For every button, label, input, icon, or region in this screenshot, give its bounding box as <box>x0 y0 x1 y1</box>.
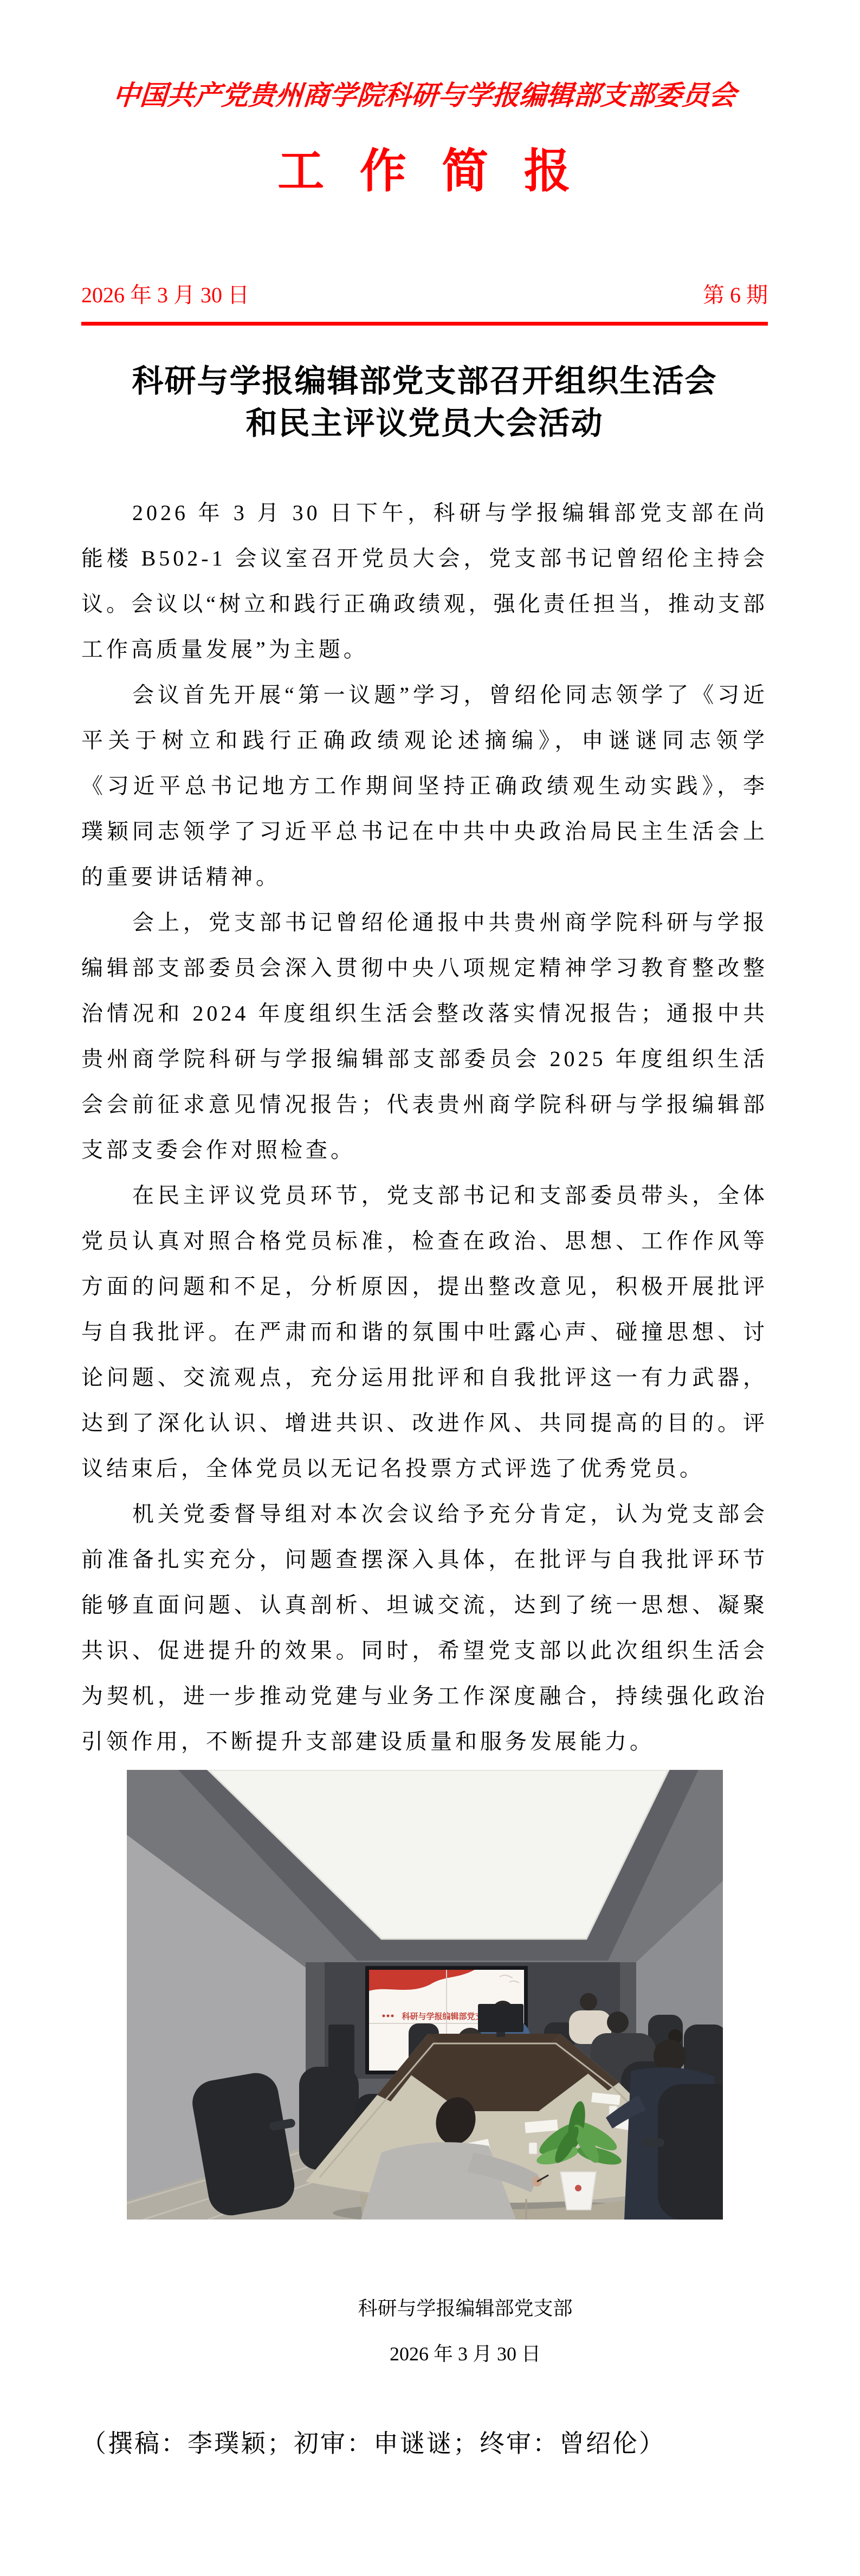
paragraph-5: 机关党委督导组对本次会议给予充分肯定，认为党支部会前准备扎实充分，问题查摆深入具… <box>81 1491 768 1764</box>
article-title-line1: 科研与学报编辑部党支部召开组织生活会 <box>81 360 768 403</box>
footer-credits: （撰稿：李璞颖；初审：申谜谜；终审：曾绍伦） <box>81 2428 768 2460</box>
masthead-date-row: 2026 年 3 月 30 日 第 6 期 <box>81 283 768 308</box>
signature-block: 科研与学报编辑部党支部 2026 年 3 月 30 日 <box>122 2295 809 2367</box>
bulletin-page: 中国共产党贵州商学院科研与学报编辑部支部委员会 工 作 简 报 2026 年 3… <box>0 0 860 2576</box>
masthead: 中国共产党贵州商学院科研与学报编辑部支部委员会 工 作 简 报 2026 年 3… <box>81 76 768 326</box>
org-line: 中国共产党贵州商学院科研与学报编辑部支部委员会 <box>80 76 769 115</box>
red-divider <box>81 322 768 326</box>
paragraph-4: 在民主评议党员环节，党支部书记和支部委员带头，全体党员认真对照合格党员标准，检查… <box>81 1173 768 1491</box>
paragraph-3: 会上，党支部书记曾绍伦通报中共贵州商学院科研与学报编辑部支部委员会深入贯彻中央八… <box>81 900 768 1173</box>
issue-date: 2026 年 3 月 30 日 <box>81 283 249 308</box>
article-body: 2026 年 3 月 30 日下午，科研与学报编辑部党支部在尚能楼 B502-1… <box>81 490 768 1764</box>
footer-signature: 科研与学报编辑部党支部 <box>122 2295 809 2321</box>
article-title-line2: 和民主评议党员大会活动 <box>81 403 768 445</box>
footer-date: 2026 年 3 月 30 日 <box>122 2341 809 2367</box>
attendee-dark-right <box>607 2012 629 2033</box>
article-title: 科研与学报编辑部党支部召开组织生活会 和民主评议党员大会活动 <box>81 360 768 445</box>
meeting-photo: 科研与学报编辑部党支部 组织生活会 <box>127 1770 723 2220</box>
article: 科研与学报编辑部党支部召开组织生活会 和民主评议党员大会活动 2026 年 3 … <box>81 360 768 2220</box>
monitor <box>478 2004 523 2032</box>
paragraph-1: 2026 年 3 月 30 日下午，科研与学报编辑部党支部在尚能楼 B502-1… <box>81 490 768 672</box>
footer: 科研与学报编辑部党支部 2026 年 3 月 30 日 （撰稿：李璞颖；初审：申… <box>81 2295 768 2460</box>
issue-number: 第 6 期 <box>703 283 768 308</box>
attendee-cream-top <box>580 1993 597 2010</box>
paragraph-2: 会议首先开展“第一议题”学习，曾绍伦同志领学了《习近平关于树立和践行正确政绩观论… <box>81 672 768 900</box>
bulletin-title: 工 作 简 报 <box>81 146 768 196</box>
